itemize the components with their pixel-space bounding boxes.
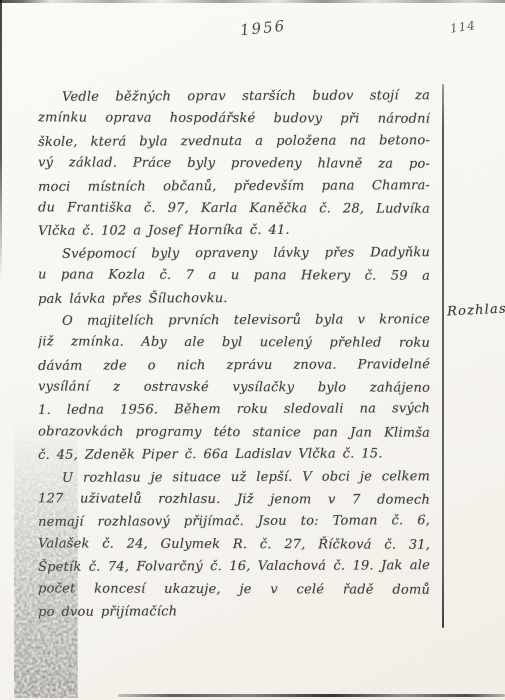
text-line: Špetík č. 74, Folvarčný č. 16, Valachová…: [38, 555, 430, 579]
handwritten-text-block: Vedle běžných oprav starších budov stojí…: [38, 86, 430, 623]
chronicle-scan-page: 1956 114 Vedle běžných oprav starších bu…: [0, 0, 505, 700]
text-line: počet koncesí ukazuje, je v celé řadě do…: [38, 578, 430, 602]
text-line: Vlčka č. 102 a Josef Horníka č. 41.: [38, 219, 430, 243]
text-line: již zmínka. Aby ale byl ucelený přehled …: [38, 332, 430, 356]
text-line: nemají rozhlasový přijímač. Jsou to: Tom…: [38, 511, 430, 535]
scan-artifact-bottom-edge: [118, 694, 505, 697]
margin-rule-line: [442, 84, 444, 628]
text-line: u pana Kozla č. 7 a u pana Hekery č. 59 …: [38, 264, 430, 288]
text-line: du Františka č. 97, Karla Kaněčka č. 28,…: [38, 197, 430, 221]
scan-artifact-top-edge: [0, 0, 505, 3]
scan-smudge-band: [14, 418, 78, 698]
scan-artifact-left-edge: [0, 0, 2, 280]
text-line: vysílání z ostravské vysílačky bylo zahá…: [38, 376, 430, 400]
text-line: 127 uživatelů rozhlasu. Již jenom v 7 do…: [38, 488, 430, 512]
text-line: 1. ledna 1956. Během roku sledovali na s…: [38, 399, 430, 423]
text-line: O majitelích prvních televisorů byla v k…: [38, 309, 430, 333]
text-line: obrazovkách programy této stanice pan Ja…: [38, 421, 430, 445]
text-line: Vedle běžných oprav starších budov stojí…: [38, 85, 430, 109]
text-line: vý základ. Práce byly provedeny hlavně z…: [38, 152, 430, 176]
margin-note: Rozhlas: [447, 301, 505, 319]
text-line: zmínku oprava hospodářské budovy při nár…: [38, 108, 430, 132]
year-heading: 1956: [239, 17, 287, 40]
text-line: moci místních občanů, především pana Cha…: [38, 175, 430, 199]
text-line: škole, která byla zvednuta a položena na…: [38, 130, 430, 154]
text-line: č. 45, Zdeněk Piper č. 66a Ladislav Vlčk…: [38, 443, 430, 467]
text-line: U rozhlasu je situace už lepší. V obci j…: [38, 466, 430, 490]
paragraph: Svépomocí byly opraveny lávky přes Dadyň…: [38, 243, 430, 310]
paragraph: U rozhlasu je situace už lepší. V obci j…: [38, 467, 430, 624]
text-line: po dvou přijímačích: [38, 600, 430, 624]
text-line: pak lávka přes Šíluchovku.: [38, 287, 430, 311]
paragraph: O majitelích prvních televisorů byla v k…: [38, 310, 430, 467]
paragraph: Vedle běžných oprav starších budov stojí…: [38, 86, 430, 243]
text-line: Valašek č. 24, Gulymek R. č. 27, Říčková…: [38, 533, 430, 557]
text-line: dávám zde o nich zprávu znova. Pravideln…: [38, 354, 430, 378]
page-number: 114: [449, 18, 477, 35]
text-line: Svépomocí byly opraveny lávky přes Dadyň…: [38, 242, 430, 266]
